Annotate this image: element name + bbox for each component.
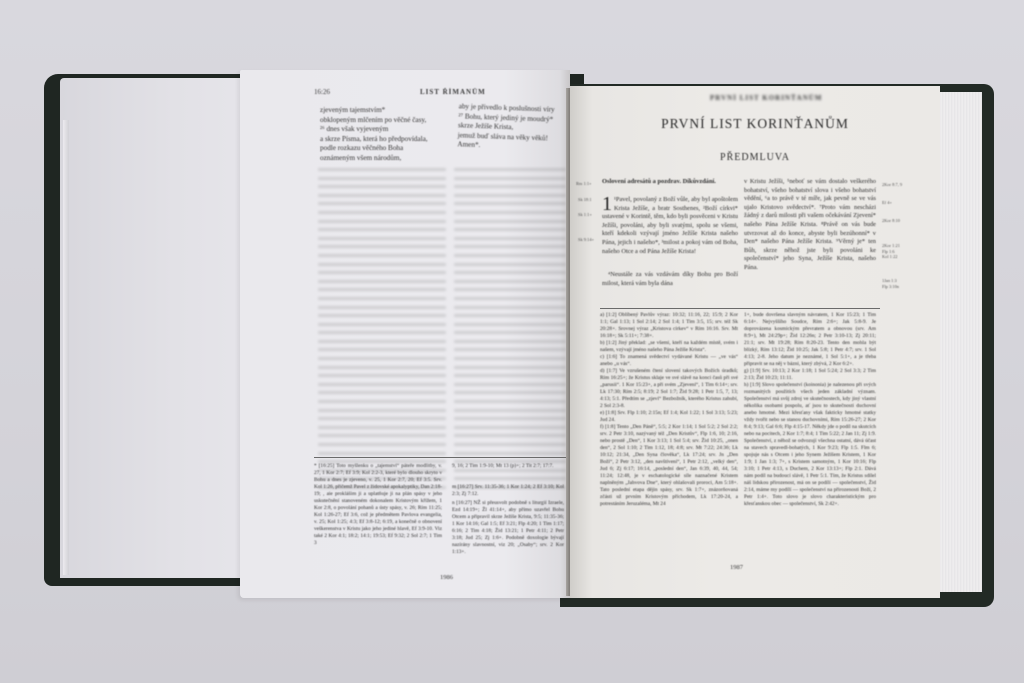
left-page[interactable]: 16:26 LIST ŘÍMANŮM zjeveným tajemstvím* … xyxy=(240,70,570,598)
right-footnote-rule xyxy=(600,308,880,309)
left-running-head: LIST ŘÍMANŮM xyxy=(420,88,486,96)
left-poem-col2: aby je přivedlo k poslušnosti víry ²⁷ Bo… xyxy=(457,102,555,153)
right-footnote-col2: 1+, bude dovršena slavným návratem, 1 Ko… xyxy=(744,312,876,508)
margin-ref: 1Jan 1:3 Flp 3:10n xyxy=(882,278,899,289)
right-page[interactable]: PRVNÍ LIST KORINŤANŮM PRVNÍ LIST KORINŤA… xyxy=(570,86,940,598)
margin-ref: Sk 1:1+ xyxy=(578,212,592,218)
left-footnote-rule xyxy=(314,457,568,458)
left-footnote-col2a: 9, 16; 2 Tim 1:9-10; Mt 13 (p)+; 2 Tit 2… xyxy=(452,463,564,470)
left-body-text-blurred-col1 xyxy=(318,168,446,495)
margin-ref: 2Kor 1:21 Flp 1:6 Kol 1:22 xyxy=(882,243,900,260)
body-col1-text: ¹Pavel, povolaný z Boží vůle, aby byl ap… xyxy=(602,196,738,255)
body-col2: v Kristu Ježíši, ⁵neboť se vám dostalo v… xyxy=(744,178,876,273)
chapter-dropcap: 1 xyxy=(602,196,612,213)
left-poem-col1: zjeveným tajemstvím* obklopeným mlčením … xyxy=(320,106,428,164)
left-body-text-blurred-col2 xyxy=(454,168,566,495)
margin-ref: Sk 18:1 xyxy=(578,197,592,203)
left-footnote-col2b: m [16:27] Srv. 11:35-36; 1 Kor 1:24; 2 E… xyxy=(452,484,564,498)
margin-ref: 2Kor 8:10 xyxy=(882,218,900,224)
right-faint-header: PRVNÍ LIST KORINŤANŮM xyxy=(710,94,822,102)
margin-ref: Sk 9:14+ xyxy=(578,237,594,243)
book-title: PRVNÍ LIST KORINŤANŮM xyxy=(610,116,900,132)
left-page-number: 1986 xyxy=(440,574,453,581)
margin-ref: Ef 4+ xyxy=(882,200,892,206)
body-col1-paragraph2: ⁴Neustále za vás vzdávám díky Bohu pro B… xyxy=(602,271,738,288)
section-heading: Oslovení adresátů a pozdrav. Díkůvzdání. xyxy=(602,178,738,187)
page-stack-edge xyxy=(63,120,69,575)
photo-scene: 16:26 LIST ŘÍMANŮM zjeveným tajemstvím* … xyxy=(0,0,1024,683)
page-stack-right xyxy=(938,92,982,592)
left-footnote-col1: * [16:25] Toto myšlenku o „tajemství“ pá… xyxy=(314,463,442,547)
margin-ref: 2Kor 8:7, 9 xyxy=(882,182,902,188)
body-col1: 1 ¹Pavel, povolaný z Boží vůle, aby byl … xyxy=(602,196,738,256)
right-page-number: 1987 xyxy=(730,564,743,571)
left-chapter-ref: 16:26 xyxy=(314,88,330,96)
section-title: PŘEDMLUVA xyxy=(610,152,900,163)
right-footnote-col1: a) [1:2] Oblíbený Pavlův výraz: 10:32; 1… xyxy=(600,312,738,508)
left-footnote-col2c: n [16:27] NŽ si přeusvolt podobně s litu… xyxy=(452,500,564,556)
page-stack-left xyxy=(60,78,250,578)
margin-ref: Rm 1:1+ xyxy=(576,181,592,187)
